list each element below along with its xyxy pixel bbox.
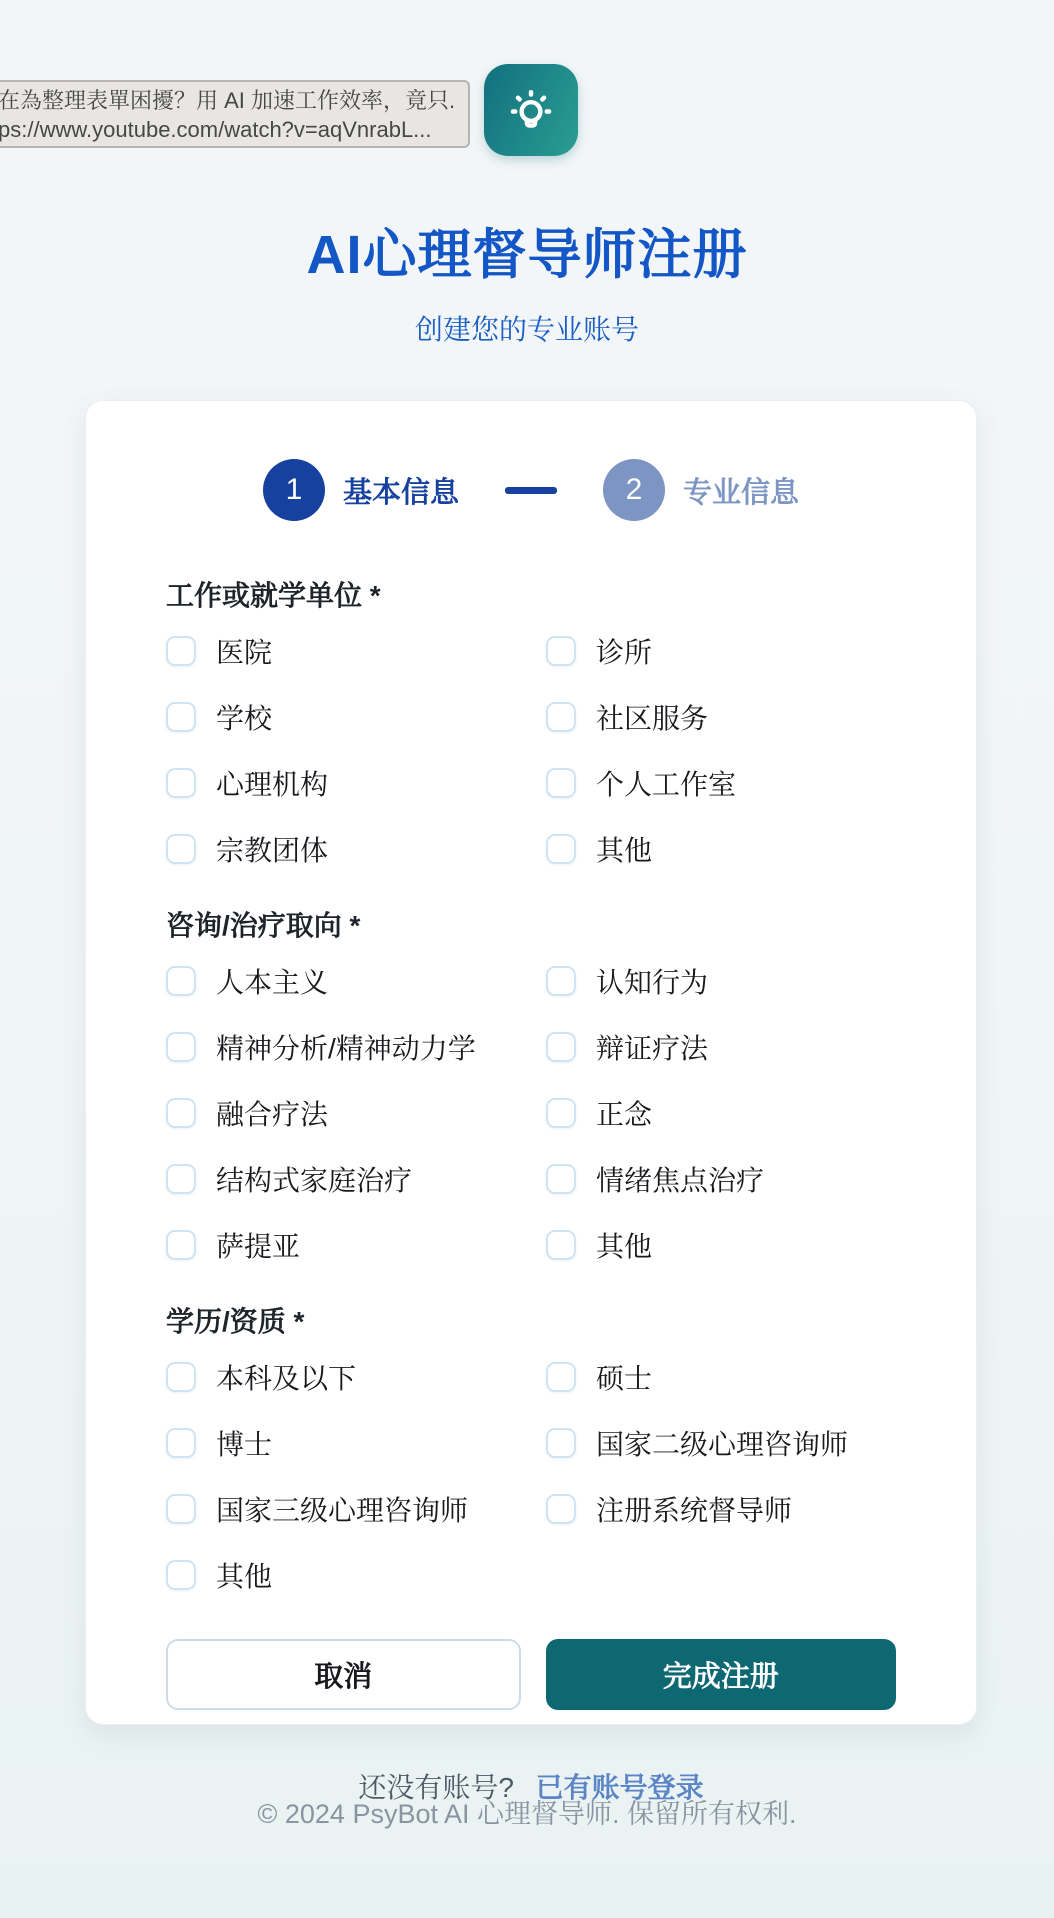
checkbox-label: 学校	[216, 697, 272, 737]
section-title: 咨询/治疗取向 *	[166, 909, 896, 943]
checkbox-label: 诊所	[596, 631, 652, 671]
checkbox[interactable]	[546, 1098, 576, 1128]
section-title: 学历/资质 *	[166, 1305, 896, 1339]
checkbox-label: 辩证疗法	[596, 1027, 708, 1067]
step-1-label: 基本信息	[343, 470, 459, 511]
checkbox[interactable]	[546, 1230, 576, 1260]
checkbox[interactable]	[546, 966, 576, 996]
checkbox-label: 认知行为	[596, 961, 708, 1001]
form-section: 咨询/治疗取向 *人本主义认知行为精神分析/精神动力学辩证疗法融合疗法正念结构式…	[166, 909, 896, 1265]
checkbox-grid: 医院诊所学校社区服务心理机构个人工作室宗教团体其他	[166, 631, 896, 869]
checkbox-label: 人本主义	[216, 961, 328, 1001]
checkbox-label: 个人工作室	[596, 763, 736, 803]
checkbox-label: 博士	[216, 1423, 272, 1463]
checkbox-grid: 人本主义认知行为精神分析/精神动力学辩证疗法融合疗法正念结构式家庭治疗情绪焦点治…	[166, 961, 896, 1265]
step-2-label: 专业信息	[683, 470, 799, 511]
checkbox-option[interactable]: 辩证疗法	[546, 1027, 896, 1067]
checkbox[interactable]	[546, 702, 576, 732]
checkbox-label: 其他	[596, 829, 652, 869]
checkbox-label: 结构式家庭治疗	[216, 1159, 412, 1199]
step-2-professional-info[interactable]: 2 专业信息	[603, 459, 799, 521]
checkbox[interactable]	[166, 1164, 196, 1194]
checkbox-label: 硕士	[596, 1357, 652, 1397]
form-section: 学历/资质 *本科及以下硕士博士国家二级心理咨询师国家三级心理咨询师注册系统督导…	[166, 1305, 896, 1595]
section-title: 工作或就学单位 *	[166, 579, 896, 613]
extension-app-icon[interactable]	[484, 64, 578, 156]
lightbulb-icon	[503, 80, 559, 141]
checkbox-option[interactable]: 宗教团体	[166, 829, 546, 869]
hint-url-line2: ps://www.youtube.com/watch?v=aqVnrabL...	[0, 115, 456, 144]
checkbox-label: 国家三级心理咨询师	[216, 1489, 468, 1529]
checkbox-label: 融合疗法	[216, 1093, 328, 1133]
checkbox-option[interactable]: 国家三级心理咨询师	[166, 1489, 546, 1529]
checkbox[interactable]	[166, 834, 196, 864]
checkbox[interactable]	[546, 1164, 576, 1194]
page-subtitle: 创建您的专业账号	[0, 308, 1054, 348]
step-2-circle: 2	[603, 459, 665, 521]
checkbox-option[interactable]: 结构式家庭治疗	[166, 1159, 546, 1199]
checkbox[interactable]	[546, 834, 576, 864]
copyright-footer: © 2024 PsyBot AI 心理督导师. 保留所有权利.	[0, 1792, 1054, 1831]
browser-extension-hint[interactable]: 在為整理表單困擾？用 AI 加速工作效率，竟只... ps://www.yout…	[0, 80, 470, 148]
checkbox[interactable]	[166, 1098, 196, 1128]
checkbox-option[interactable]: 注册系统督导师	[546, 1489, 896, 1529]
checkbox-option[interactable]: 诊所	[546, 631, 896, 671]
page-title: AI心理督导师注册	[0, 212, 1054, 289]
form-actions: 取消 完成注册	[166, 1639, 896, 1710]
checkbox-grid: 本科及以下硕士博士国家二级心理咨询师国家三级心理咨询师注册系统督导师其他	[166, 1357, 896, 1595]
checkbox[interactable]	[166, 1032, 196, 1062]
checkbox-label: 本科及以下	[216, 1357, 356, 1397]
checkbox[interactable]	[546, 1362, 576, 1392]
checkbox-option[interactable]: 其他	[546, 1225, 896, 1265]
checkbox[interactable]	[166, 1560, 196, 1590]
checkbox-option[interactable]: 情绪焦点治疗	[546, 1159, 896, 1199]
checkbox-option[interactable]: 博士	[166, 1423, 546, 1463]
checkbox[interactable]	[546, 636, 576, 666]
checkbox-option[interactable]: 社区服务	[546, 697, 896, 737]
checkbox-option[interactable]: 人本主义	[166, 961, 546, 1001]
checkbox-option[interactable]: 本科及以下	[166, 1357, 546, 1397]
checkbox-option[interactable]: 萨提亚	[166, 1225, 546, 1265]
checkbox-label: 宗教团体	[216, 829, 328, 869]
checkbox[interactable]	[546, 1428, 576, 1458]
checkbox-option[interactable]: 心理机构	[166, 763, 546, 803]
submit-registration-button[interactable]: 完成注册	[546, 1639, 897, 1710]
registration-card: 1 基本信息 2 专业信息 工作或就学单位 *医院诊所学校社区服务心理机构个人工…	[85, 400, 977, 1725]
checkbox-option[interactable]: 精神分析/精神动力学	[166, 1027, 546, 1067]
checkbox[interactable]	[546, 1032, 576, 1062]
checkbox[interactable]	[166, 1362, 196, 1392]
checkbox-option[interactable]: 硕士	[546, 1357, 896, 1397]
checkbox-label: 注册系统督导师	[596, 1489, 792, 1529]
cancel-button[interactable]: 取消	[166, 1639, 521, 1710]
checkbox-option[interactable]: 认知行为	[546, 961, 896, 1001]
checkbox[interactable]	[166, 636, 196, 666]
checkbox-label: 其他	[216, 1555, 272, 1595]
checkbox-label: 正念	[596, 1093, 652, 1133]
checkbox[interactable]	[166, 702, 196, 732]
checkbox-label: 精神分析/精神动力学	[216, 1027, 476, 1067]
checkbox-label: 萨提亚	[216, 1225, 300, 1265]
step-1-basic-info[interactable]: 1 基本信息	[263, 459, 459, 521]
checkbox[interactable]	[546, 768, 576, 798]
checkbox-option[interactable]: 融合疗法	[166, 1093, 546, 1133]
checkbox-label: 心理机构	[216, 763, 328, 803]
checkbox-label: 社区服务	[596, 697, 708, 737]
checkbox[interactable]	[166, 966, 196, 996]
checkbox-option[interactable]: 学校	[166, 697, 546, 737]
checkbox-option[interactable]: 个人工作室	[546, 763, 896, 803]
checkbox[interactable]	[166, 1494, 196, 1524]
checkbox-option[interactable]: 正念	[546, 1093, 896, 1133]
step-indicator: 1 基本信息 2 专业信息	[166, 459, 896, 521]
checkbox-option[interactable]: 其他	[546, 829, 896, 869]
checkbox-label: 其他	[596, 1225, 652, 1265]
checkbox[interactable]	[166, 1230, 196, 1260]
checkbox-label: 国家二级心理咨询师	[596, 1423, 848, 1463]
hint-text-line1: 在為整理表單困擾？用 AI 加速工作效率，竟只...	[0, 86, 456, 115]
checkbox-option[interactable]: 国家二级心理咨询师	[546, 1423, 896, 1463]
checkbox[interactable]	[166, 768, 196, 798]
checkbox[interactable]	[166, 1428, 196, 1458]
checkbox[interactable]	[546, 1494, 576, 1524]
checkbox-label: 情绪焦点治疗	[596, 1159, 764, 1199]
form-section: 工作或就学单位 *医院诊所学校社区服务心理机构个人工作室宗教团体其他	[166, 579, 896, 869]
step-connector-bar	[505, 487, 557, 494]
checkbox-option[interactable]: 医院	[166, 631, 546, 671]
checkbox-label: 医院	[216, 631, 272, 671]
step-1-circle: 1	[263, 459, 325, 521]
checkbox-option[interactable]: 其他	[166, 1555, 546, 1595]
form-sections: 工作或就学单位 *医院诊所学校社区服务心理机构个人工作室宗教团体其他咨询/治疗取…	[166, 579, 896, 1595]
